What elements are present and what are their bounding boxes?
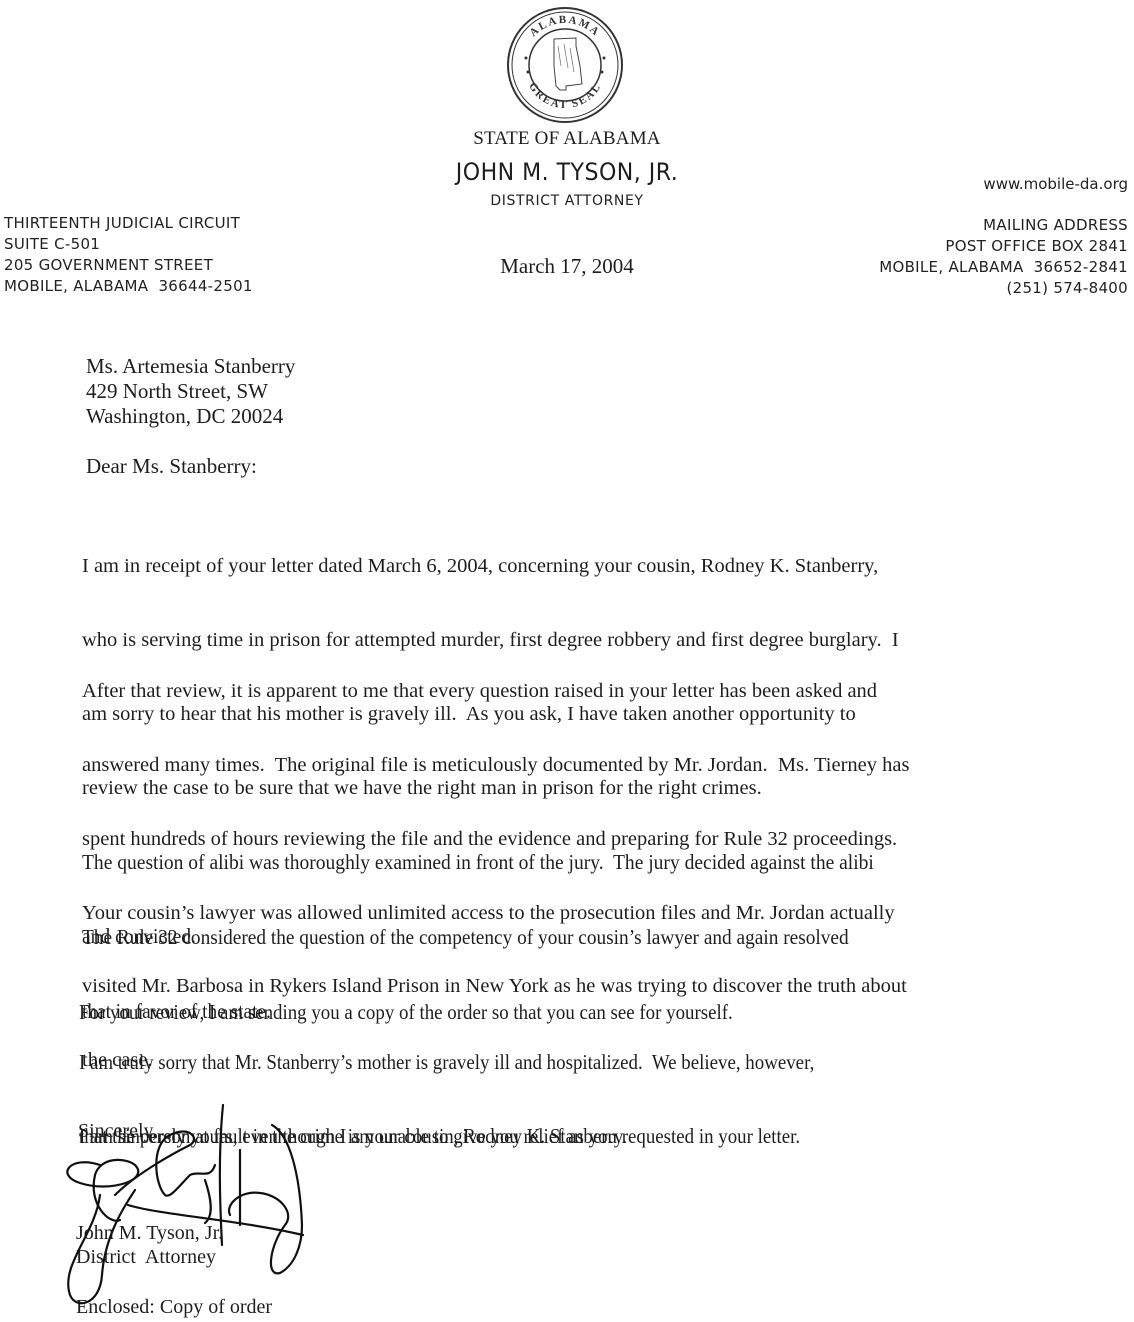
letterhead-office-address: THIRTEENTH JUDICIAL CIRCUIT SUITE C-501 … [4,213,253,297]
body-line: I am truly sorry that Mr. Stanberry’s mo… [79,1050,814,1075]
letterhead-da-name: JOHN M. TYSON, JR. [383,158,751,186]
body-line: I am in receipt of your letter dated Mar… [82,554,899,579]
enclosure-note: Enclosed: Copy of order [76,1296,272,1319]
letterhead-mailing-address: MAILING ADDRESS POST OFFICE BOX 2841 MOB… [879,215,1128,299]
svg-text:ALABAMA: ALABAMA [527,14,602,39]
body-line: The Rule 32 considered the question of t… [82,925,849,950]
recipient-line: Ms. Artemesia Stanberry [86,354,295,379]
signer-title: District Attorney [76,1246,216,1269]
body-paragraph: I am sincerely yours, even though I am u… [79,1075,800,1173]
svg-text:GREAT SEAL: GREAT SEAL [526,81,604,112]
alabama-great-seal-icon: ALABAMA GREAT SEAL [506,6,624,124]
address-line: POST OFFICE BOX 2841 [879,236,1128,257]
address-line: MOBILE, ALABAMA 36652-2841 [879,257,1128,278]
recipient-address: Ms. Artemesia Stanberry 429 North Street… [86,354,295,429]
letterhead-state: STATE OF ALABAMA [367,128,767,150]
body-line: I am sincerely yours, even though I am u… [79,1124,800,1149]
signer-name: John M. Tyson, Jr. [76,1222,223,1245]
body-line: The question of alibi was thoroughly exa… [82,850,874,875]
recipient-line: 429 North Street, SW [86,379,295,404]
salutation: Dear Ms. Stanberry: [86,454,257,479]
address-line: 205 GOVERNMENT STREET [4,255,253,276]
address-line: SUITE C-501 [4,234,253,255]
letterhead-website: www.mobile-da.org [983,175,1128,193]
body-line: answered many times. The original file i… [82,753,909,778]
address-line: (251) 574-8400 [879,278,1128,299]
body-line: After that review, it is apparent to me … [82,679,909,704]
address-line: MAILING ADDRESS [879,215,1128,236]
address-line: THIRTEENTH JUDICIAL CIRCUIT [4,213,253,234]
letter-date: March 17, 2004 [467,254,667,279]
letterhead-da-title: DISTRICT ATTORNEY [367,193,767,209]
closing: Sincerely, [78,1120,157,1143]
address-line: MOBILE, ALABAMA 36644-2501 [4,276,253,297]
recipient-line: Washington, DC 20024 [86,404,295,429]
